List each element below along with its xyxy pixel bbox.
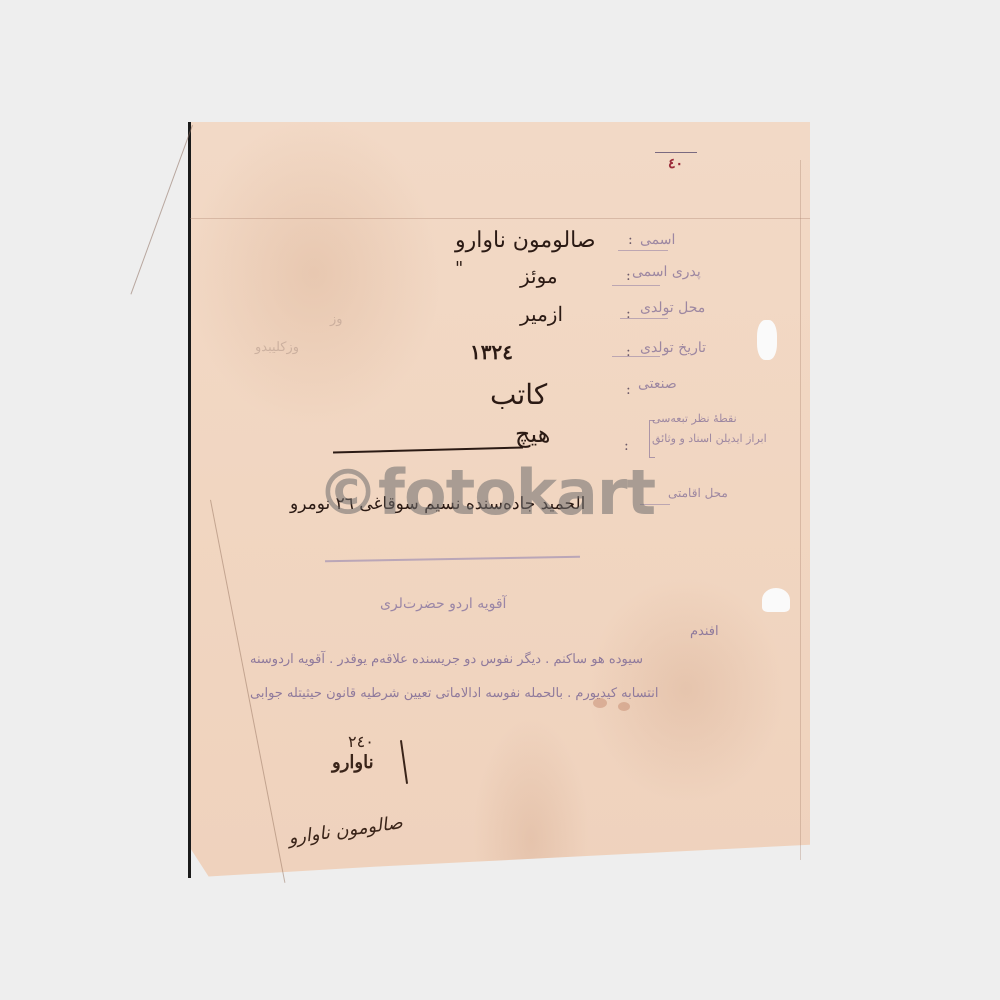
fold-line (190, 218, 810, 219)
ditto-mark: " (455, 258, 463, 279)
letter-body-line: سیوده هو ساکنم . دیگر نفوس دو جریسنده عل… (250, 652, 643, 667)
field-colon: : (626, 306, 631, 322)
fold-line (800, 160, 801, 860)
label-underline (618, 250, 668, 251)
signature: ناوارو (332, 752, 374, 773)
label-underline (612, 285, 660, 286)
scan-edge (188, 122, 191, 878)
stain (593, 698, 607, 708)
field-colon: : (626, 268, 631, 284)
field-colon: : (624, 438, 629, 454)
letter-heading: آقویه اردو حضرت‌لری (380, 596, 506, 612)
fold-line (130, 125, 193, 294)
label-profession: صنعتی (638, 376, 677, 392)
label-father-name: پدری اسمی (632, 264, 701, 280)
label-name: اسمی (640, 232, 675, 248)
label-birthdate: تاریخ تولدی (640, 340, 706, 356)
label-residence: محل اقامتی (668, 486, 728, 500)
watermark: ©fotokart (317, 462, 655, 524)
serial-underline (655, 152, 697, 153)
value-documents: هیچ (515, 420, 550, 448)
value-father-name: موئز (520, 264, 558, 288)
punch-hole (762, 588, 790, 612)
field-colon: : (626, 382, 631, 398)
letter-salutation: افندم (690, 624, 719, 639)
label-birthplace: محل تولدی (640, 300, 705, 316)
punch-hole (757, 320, 777, 360)
label-underline (612, 356, 660, 357)
value-birthdate: ١٣٢٤ (470, 340, 513, 364)
signature-number: ٢٤٠ (348, 732, 374, 751)
faint-annotation: وز (330, 312, 343, 327)
value-profession: کاتب (490, 378, 547, 411)
value-birthplace: ازمیر (520, 302, 563, 326)
serial-number: ٤٠ (668, 156, 683, 172)
stain (618, 702, 630, 711)
label-documents-line2: ابراز ایدیلن اسناد و وثائق (652, 432, 767, 445)
faint-annotation: وزکلیبدو (255, 340, 299, 355)
field-colon: : (628, 232, 633, 248)
field-colon: : (626, 344, 631, 360)
label-documents-line1: نقطه‌ٔ نظر تبعه‌سی (652, 412, 737, 425)
value-name: صالومون ناوارو (455, 228, 596, 253)
